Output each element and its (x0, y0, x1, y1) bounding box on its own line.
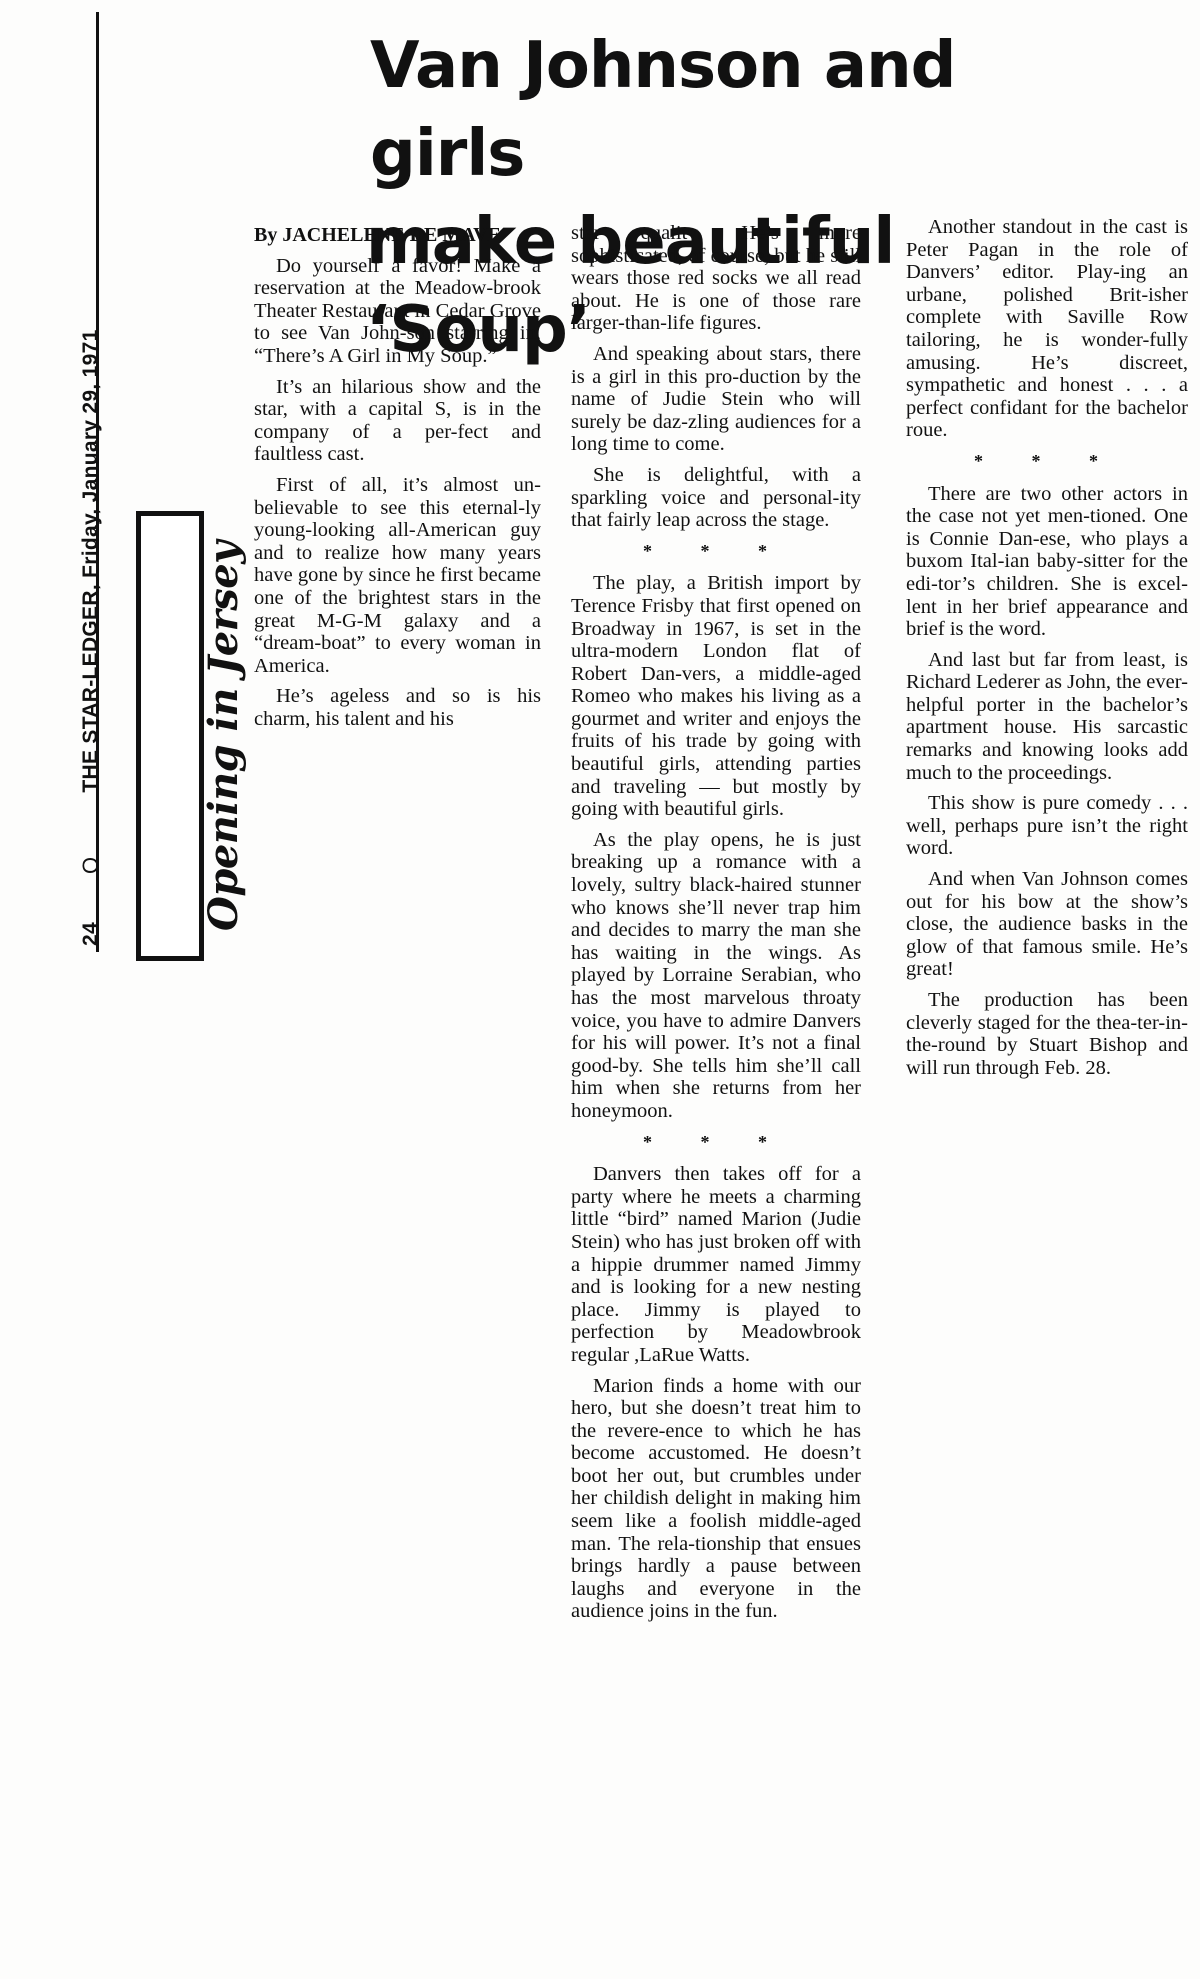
paragraph: First of all, it’s almost un-believable … (254, 474, 541, 677)
headline-line-1: Van Johnson and girls (370, 29, 955, 191)
publication-date-line: THE STAR-LEDGER, Friday, January 29, 197… (79, 329, 103, 792)
section-mark: O (78, 857, 104, 874)
section-break: * * * (906, 450, 1188, 473)
page-number: 24 (79, 922, 103, 946)
paragraph: As the play opens, he is just breaking u… (571, 829, 861, 1123)
paragraph: Marion finds a home with our hero, but s… (571, 1375, 861, 1624)
section-break: * * * (571, 1131, 861, 1154)
paragraph: She is delightful, with a sparkling voic… (571, 464, 861, 532)
paragraph: There are two other actors in the case n… (906, 483, 1188, 641)
paragraph: This show is pure comedy . . . well, per… (906, 792, 1188, 860)
paragraph: The play, a British import by Terence Fr… (571, 572, 861, 821)
paragraph: It’s an hilarious show and the star, wit… (254, 376, 541, 466)
section-break: * * * (571, 540, 861, 563)
article-column-3: Another standout in the cast is Peter Pa… (906, 216, 1188, 1087)
paragraph: Danvers then takes off for a party where… (571, 1163, 861, 1366)
paragraph: star quality. He’s more sophisticated, o… (571, 222, 861, 335)
newspaper-page: 24 O THE STAR-LEDGER, Friday, January 29… (0, 0, 1200, 1979)
paragraph: Another standout in the cast is Peter Pa… (906, 216, 1188, 442)
paragraph: And last but far from least, is Richard … (906, 649, 1188, 785)
paragraph: The production has been cleverly staged … (906, 989, 1188, 1079)
column-kicker-box: Opening in Jersey (136, 511, 204, 961)
paragraph: He’s ageless and so is his charm, his ta… (254, 685, 541, 730)
byline: By JACHELENE DE MAVE (254, 224, 541, 247)
folio-line: 24 O THE STAR-LEDGER, Friday, January 29… (78, 22, 104, 952)
article-column-1: By JACHELENE DE MAVE Do yourself a favor… (254, 224, 541, 738)
paragraph: And when Van Johnson comes out for his b… (906, 868, 1188, 981)
paragraph: Do yourself a favor! Make a reservation … (254, 255, 541, 368)
paragraph: And speaking about stars, there is a gir… (571, 343, 861, 456)
column-kicker-label: Opening in Jersey (197, 524, 251, 948)
article-column-2: star quality. He’s more sophisticated, o… (571, 222, 861, 1631)
